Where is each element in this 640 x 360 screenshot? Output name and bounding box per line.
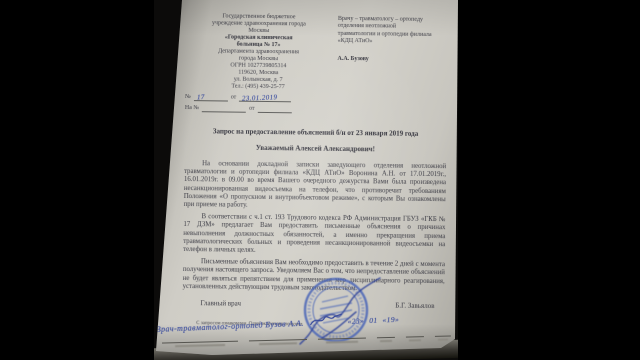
underline-year <box>435 335 451 340</box>
microtext-label <box>380 339 392 341</box>
document-photo: Государственное бюджетное учреждение здр… <box>154 0 458 360</box>
letterhead: Государственное бюджетное учреждение здр… <box>185 13 448 115</box>
paper-sheet: Государственное бюджетное учреждение здр… <box>154 0 458 360</box>
body-paragraph-1: На основании докладной записки заведующе… <box>184 160 447 212</box>
ack-date-year: «19» <box>382 315 399 325</box>
ref-no-handwritten: 17 <box>197 94 205 101</box>
document-title: Запрос на предоставление объяснений б/н … <box>185 127 447 138</box>
body-paragraph-2: В соответствии с ч.1 ст. 193 Трудового к… <box>183 213 445 257</box>
screenshot-root: { "document": { "sender": { "lines": [ "… <box>0 0 640 360</box>
underline-day <box>377 337 395 342</box>
recipient-name: А.А. Бузову <box>337 55 447 64</box>
ack-date-day: «23» <box>347 316 364 326</box>
salutation: Уважаемый Алексей Александрович! <box>184 143 446 154</box>
ref-from-label: от <box>231 95 237 102</box>
microtext-label <box>438 338 448 340</box>
ref-date-blank: 23.01.2019 <box>239 94 291 103</box>
ref-no-label: № <box>185 94 191 101</box>
microtext-label <box>175 344 224 347</box>
microtext-label <box>409 339 421 341</box>
reply-from-label: от <box>249 106 255 113</box>
ref-date-handwritten: 23.01.2019 <box>242 94 278 102</box>
signoff-position: Главный врач <box>182 299 241 308</box>
reply-date-blank <box>258 105 292 113</box>
recipient-line: «КДЦ АТиО» <box>338 38 448 47</box>
underline-month <box>406 336 424 341</box>
employee-position-name-handwritten: Врач-травматолог-ортопед Бузов А.А. <box>156 319 304 334</box>
underline-position <box>162 341 238 347</box>
reply-ref-blank <box>202 104 246 113</box>
ack-date-month: 01 <box>369 316 378 325</box>
reply-ref-line: На № от <box>185 104 335 114</box>
reply-ref-label: На № <box>185 105 199 112</box>
ref-number-line: № 17 от 23.01.2019 <box>185 93 335 103</box>
employee-signature <box>308 312 343 327</box>
recipient-block: Врачу – травматологу – ортопеду отделени… <box>337 15 448 115</box>
sender-phone: Тел.: (495) 439-25-77 <box>185 83 331 92</box>
sender-block: Государственное бюджетное учреждение здр… <box>185 13 332 114</box>
ref-no-blank: 17 <box>194 93 228 101</box>
